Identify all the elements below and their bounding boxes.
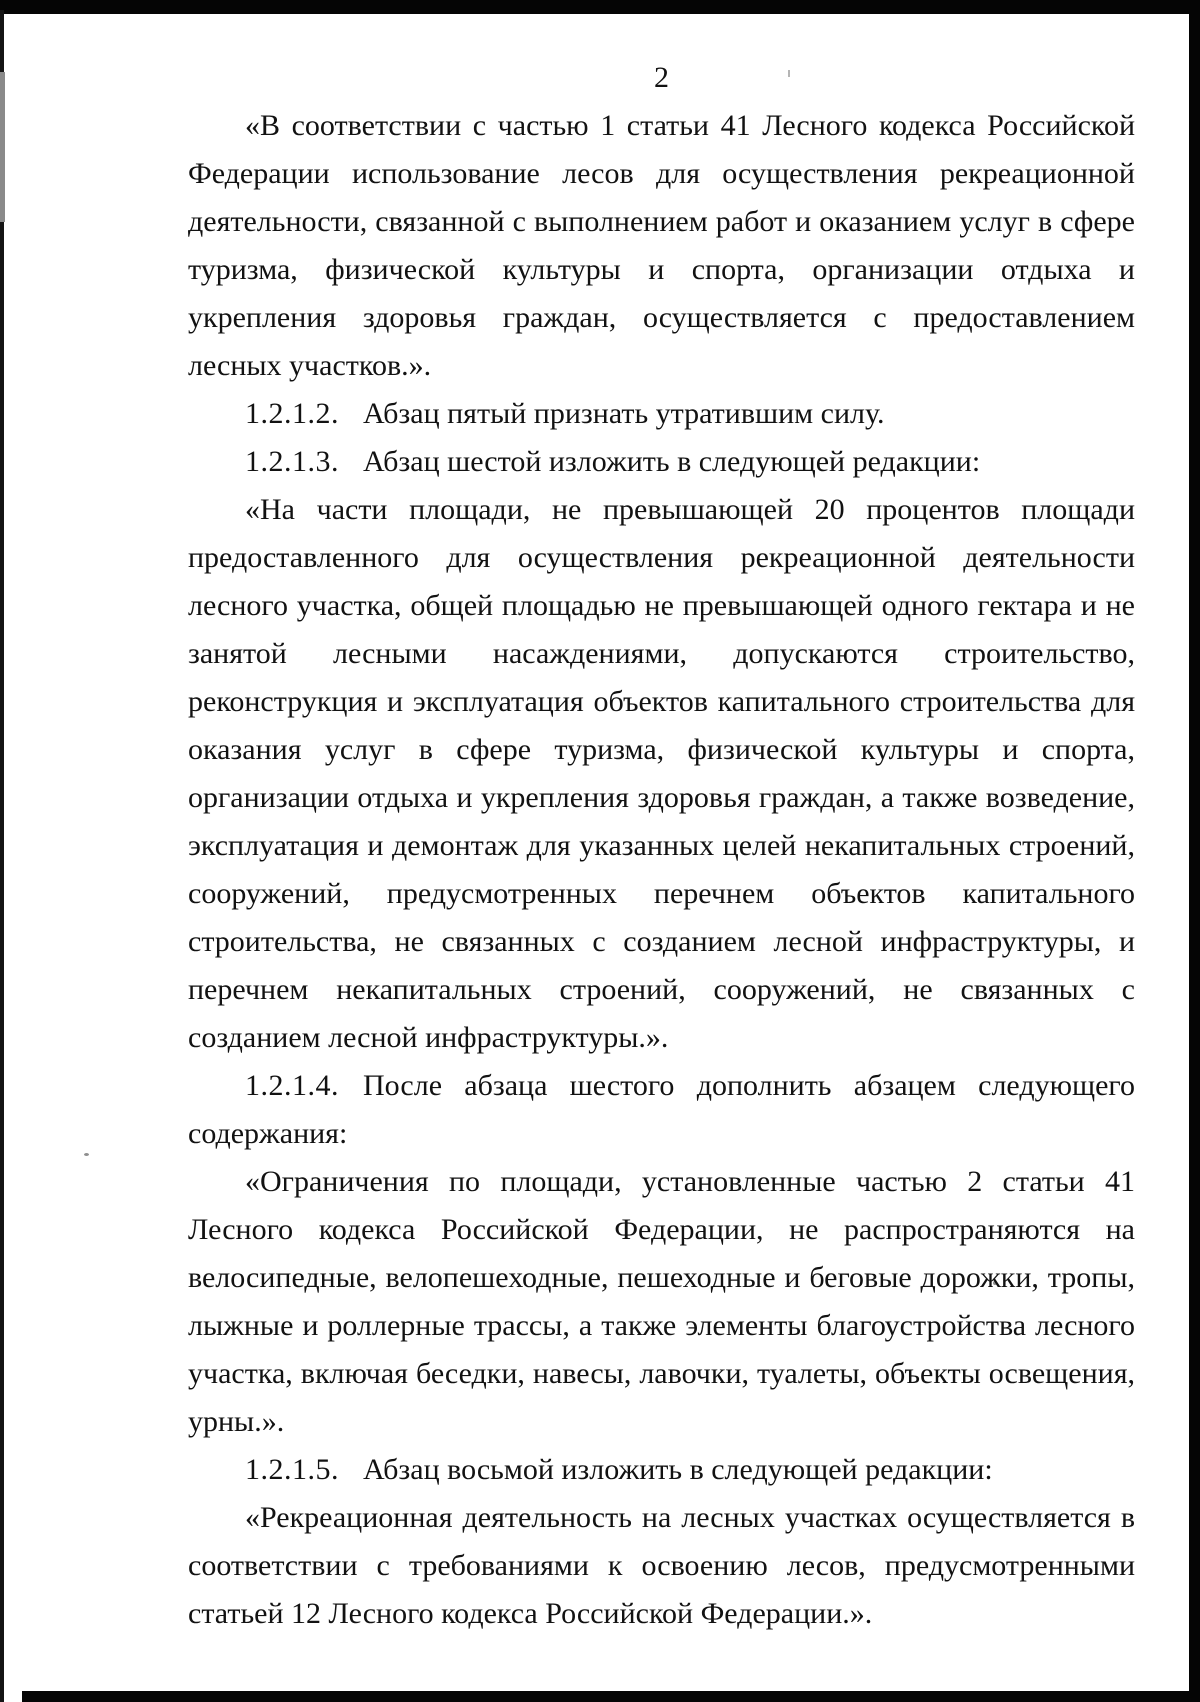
paragraph-clause-1-2-1-4: 1.2.1.4.После абзаца шестого дополнить а…	[188, 1062, 1135, 1158]
clause-number: 1.2.1.3.	[245, 445, 339, 478]
paragraph-quote-part1-article41: «В соответствии с частью 1 статьи 41 Лес…	[188, 102, 1135, 390]
paragraph-quote-restrictions: «Ограничения по площади, установленные ч…	[188, 1158, 1135, 1446]
paragraph-text: «В соответствии с частью 1 статьи 41 Лес…	[188, 109, 1135, 382]
page-number: 2	[188, 54, 1135, 102]
document-page: 2 «В соответствии с частью 1 статьи 41 Л…	[188, 54, 1135, 1638]
paragraph-clause-1-2-1-3: 1.2.1.3.Абзац шестой изложить в следующе…	[188, 438, 1135, 486]
paragraph-clause-1-2-1-2: 1.2.1.2.Абзац пятый признать утратившим …	[188, 390, 1135, 438]
paragraph-text: Абзац шестой изложить в следующей редакц…	[363, 445, 980, 478]
paragraph-clause-1-2-1-5: 1.2.1.5.Абзац восьмой изложить в следующ…	[188, 1446, 1135, 1494]
paragraph-text: «Рекреационная деятельность на лесных уч…	[188, 1501, 1135, 1630]
paragraph-text: «На части площади, не превышающей 20 про…	[188, 493, 1135, 1054]
paragraph-text: «Ограничения по площади, установленные ч…	[188, 1165, 1135, 1438]
scan-border-left-gray	[0, 72, 5, 222]
paragraph-quote-recreational-activity: «Рекреационная деятельность на лесных уч…	[188, 1494, 1135, 1638]
scan-border-bottom	[22, 1691, 1200, 1702]
scan-border-top	[0, 0, 1200, 14]
paragraph-text: Абзац восьмой изложить в следующей редак…	[363, 1453, 993, 1486]
scan-border-left	[0, 10, 4, 1702]
clause-number: 1.2.1.5.	[245, 1453, 339, 1486]
scan-speck	[84, 1153, 89, 1156]
clause-number: 1.2.1.2.	[245, 397, 339, 430]
paragraph-text: Абзац пятый признать утратившим силу.	[363, 397, 884, 430]
clause-number: 1.2.1.4.	[245, 1069, 339, 1102]
scan-border-right	[1189, 8, 1200, 1702]
paragraph-quote-20-percent: «На части площади, не превышающей 20 про…	[188, 486, 1135, 1062]
